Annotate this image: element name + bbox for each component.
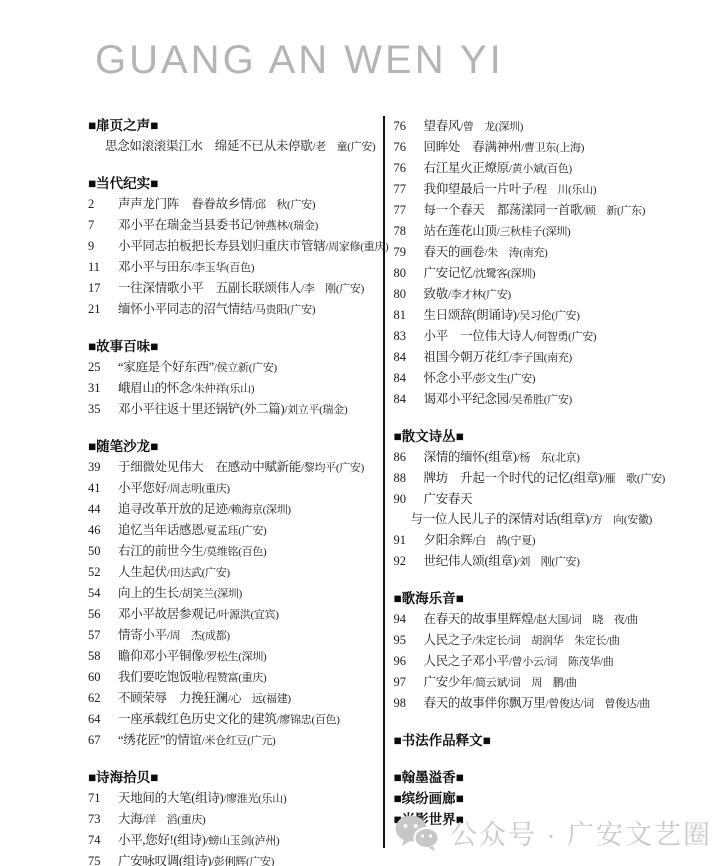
- section-header: ■歌海乐音■: [394, 589, 720, 609]
- section-header: ■缤纷画廊■: [394, 789, 720, 809]
- toc-entry: 95人民之子/朱定长/词 胡润华 朱定长/曲: [394, 630, 720, 651]
- toc-entry: 81生日颂辞(朗诵诗)/吴习伦(广安): [394, 305, 720, 326]
- entry-page-number: 7: [88, 215, 118, 236]
- toc-entry: 77我仰望最后一片叶子/程 川(乐山): [394, 179, 720, 200]
- toc-entry: 84怀念小平/彭文生(广安): [394, 368, 720, 389]
- magazine-toc-page: GUANG AN WEN YI ■扉页之声■思念如滚滚渠江水 绵延不已从未停歇/…: [0, 0, 720, 866]
- entry-text: 致敬/李才林(广安): [424, 284, 511, 305]
- entry-text: 站在莲花山顶/三秋桂子(深圳): [424, 221, 571, 242]
- toc-entry: 9小平同志拍板把长寿县划归重庆市管辖/周家修(重庆): [88, 236, 382, 257]
- entry-page-number: 11: [88, 257, 118, 278]
- entry-page-number: 74: [88, 830, 118, 851]
- toc-entry: 41小平您好/周志明(重庆): [88, 478, 382, 499]
- entry-text: 广安咏叹调(组诗)/彭俐辉(广安): [118, 851, 274, 866]
- entry-page-number: 90: [394, 489, 424, 509]
- toc-entry: 76右江星火正燎原/黄小斌(百色): [394, 158, 720, 179]
- toc-entry: 83小平 一位伟大诗人/何智勇(广安): [394, 326, 720, 347]
- toc-entry: 39于细微处见伟大 在感动中赋新能/黎均平(广安): [88, 457, 382, 478]
- entry-page-number: 77: [394, 179, 424, 200]
- entry-page-number: 62: [88, 688, 118, 709]
- entry-text: 一座承载红色历史文化的建筑/廖锦忠(百色): [118, 709, 340, 730]
- toc-entry: 73大海/洋 滔(重庆): [88, 809, 382, 830]
- table-of-contents: ■扉页之声■思念如滚滚渠江水 绵延不已从未停歇/老 童(广安)■当代纪实■2声声…: [88, 116, 720, 866]
- toc-entry: 31峨眉山的怀念/朱仲祥(乐山): [88, 378, 382, 399]
- toc-entry: 62不顾荣辱 力挽狂澜/心 远(福建): [88, 688, 382, 709]
- toc-entry: 7邓小平在瑞金当县委书记/钟燕林/(瑞金): [88, 215, 382, 236]
- entry-text: 春天的画卷/朱 涛(南充): [424, 242, 548, 263]
- toc-entry: 44追寻改革开放的足迹/赖海京(深圳): [88, 499, 382, 520]
- entry-page-number: [88, 136, 105, 157]
- entry-text: 邓小平在瑞金当县委书记/钟燕林/(瑞金): [118, 215, 318, 236]
- entry-text: 人民之子/朱定长/词 胡润华 朱定长/曲: [424, 630, 620, 651]
- toc-entry: 90广安春天: [394, 489, 720, 509]
- entry-text: 小平您好/周志明(重庆): [118, 478, 230, 499]
- entry-text: 怀念小平/彭文生(广安): [424, 368, 536, 389]
- toc-section: ■歌海乐音■94在春天的故事里辉煌/赵大国/词 晓 夜/曲95人民之子/朱定长/…: [394, 589, 720, 714]
- entry-text: 于细微处见伟大 在感动中赋新能/黎均平(广安): [118, 457, 364, 478]
- toc-section: ■翰墨溢香■: [394, 768, 720, 788]
- entry-text: 邓小平故居参观记/叶源洪(宜宾): [118, 604, 279, 625]
- entry-text: 右江的前世今生/莫维铭(百色): [118, 541, 266, 562]
- entry-page-number: 21: [88, 299, 118, 320]
- toc-entry: 25“家庭是个好东西”/侯立新(广安): [88, 357, 382, 378]
- toc-entry: 80致敬/李才林(广安): [394, 284, 720, 305]
- entry-text: 夕阳余辉/白 鸪(宁夏): [424, 530, 536, 551]
- entry-text: 缅怀小平同志的沼气情结/马贵阳(广安): [118, 299, 315, 320]
- section-header: ■散文诗丛■: [394, 427, 720, 447]
- toc-entry: 91夕阳余辉/白 鸪(宁夏): [394, 530, 720, 551]
- toc-entry: 86深情的缅怀(组章)/杨 东(北京): [394, 447, 720, 468]
- entry-text: 大海/洋 滔(重庆): [118, 809, 205, 830]
- entry-page-number: 39: [88, 457, 118, 478]
- entry-text: 牌坊 升起一个时代的记忆(组章)/雁 歌(广安): [424, 468, 666, 489]
- toc-entry: 94在春天的故事里辉煌/赵大国/词 晓 夜/曲: [394, 609, 720, 630]
- toc-entry: 98春天的故事伴你飘万里/曾俊达/词 曾俊达/曲: [394, 693, 720, 714]
- entry-page-number: 9: [88, 236, 118, 257]
- toc-entry: 57情寄小平/周 杰(成都): [88, 625, 382, 646]
- entry-text: 不顾荣辱 力挽狂澜/心 远(福建): [118, 688, 291, 709]
- toc-entry: 46追忆当年话感恩/夏孟珏(广安): [88, 520, 382, 541]
- entry-text: 追寻改革开放的足迹/赖海京(深圳): [118, 499, 291, 520]
- toc-entry: 88牌坊 升起一个时代的记忆(组章)/雁 歌(广安): [394, 468, 720, 489]
- entry-text: 峨眉山的怀念/朱仲祥(乐山): [118, 378, 254, 399]
- entry-page-number: 75: [88, 851, 118, 866]
- section-header: ■随笔沙龙■: [88, 437, 382, 457]
- entry-page-number: 92: [394, 551, 424, 572]
- entry-page-number: 56: [88, 604, 118, 625]
- entry-page-number: 46: [88, 520, 118, 541]
- toc-entry: 79春天的画卷/朱 涛(南充): [394, 242, 720, 263]
- toc-entry: 52人生起伏/田达武(广安): [88, 562, 382, 583]
- entry-page-number: 77: [394, 200, 424, 221]
- entry-page-number: 52: [88, 562, 118, 583]
- toc-entry: 71天地间的大笔(组诗)/廖淮光(乐山): [88, 788, 382, 809]
- entry-text: 天地间的大笔(组诗)/廖淮光(乐山): [118, 788, 286, 809]
- entry-page-number: 57: [88, 625, 118, 646]
- toc-section: ■随笔沙龙■39于细微处见伟大 在感动中赋新能/黎均平(广安)41小平您好/周志…: [88, 437, 382, 751]
- entry-page-number: 84: [394, 347, 424, 368]
- toc-entry: 58瞻仰邓小平铜像/罗松生(深圳): [88, 646, 382, 667]
- entry-text: 邓小平往返十里还锅铲(外二篇)/刘立平(瑞金): [118, 399, 347, 420]
- watermark: 公众号 · 广安文艺圈: [394, 813, 712, 852]
- toc-entry: 77每一个春天 都荡漾同一首歌/顾 新(广东): [394, 200, 720, 221]
- entry-text: 追忆当年话感恩/夏孟珏(广安): [118, 520, 266, 541]
- entry-page-number: [394, 509, 411, 530]
- entry-page-number: 71: [88, 788, 118, 809]
- entry-text: 右江星火正燎原/黄小斌(百色): [424, 158, 572, 179]
- entry-page-number: 91: [394, 530, 424, 551]
- entry-page-number: 84: [394, 389, 424, 410]
- entry-text: 深情的缅怀(组章)/杨 东(北京): [424, 447, 580, 468]
- entry-text: 向上的生长/胡笑兰(深圳): [118, 583, 242, 604]
- toc-entry: 35邓小平往返十里还锅铲(外二篇)/刘立平(瑞金): [88, 399, 382, 420]
- entry-page-number: 86: [394, 447, 424, 468]
- toc-entry: 84祖国今朝万花红/李子国(南充): [394, 347, 720, 368]
- entry-page-number: 96: [394, 651, 424, 672]
- entry-page-number: 67: [88, 730, 118, 751]
- entry-text: 谒邓小平纪念园/吴希胜(广安): [424, 389, 572, 410]
- entry-text: 情寄小平/周 杰(成都): [118, 625, 230, 646]
- entry-page-number: 83: [394, 326, 424, 347]
- entry-text: 广安春天: [424, 489, 473, 509]
- toc-entry: 78站在莲花山顶/三秋桂子(深圳): [394, 221, 720, 242]
- entry-page-number: 84: [394, 368, 424, 389]
- toc-section: ■书法作品释文■: [394, 731, 720, 751]
- toc-column-right: 76望春风/曾 龙(深圳)76回眸处 春满神州/曹卫东(上海)76右江星火正燎原…: [385, 116, 720, 830]
- entry-text: 一往深情歌小平 五副长联颂伟人/李 刚(广安): [118, 278, 364, 299]
- toc-entry: 80广安记忆/沈鹭客(深圳): [394, 263, 720, 284]
- entry-page-number: 2: [88, 194, 118, 215]
- entry-page-number: 50: [88, 541, 118, 562]
- entry-page-number: 79: [394, 242, 424, 263]
- toc-section: 76望春风/曾 龙(深圳)76回眸处 春满神州/曹卫东(上海)76右江星火正燎原…: [394, 116, 720, 410]
- entry-page-number: 97: [394, 672, 424, 693]
- toc-column-left: ■扉页之声■思念如滚滚渠江水 绵延不已从未停歇/老 童(广安)■当代纪实■2声声…: [88, 116, 382, 866]
- entry-text: 广安少年/简云斌/词 周 鹏/曲: [424, 672, 577, 693]
- entry-page-number: 60: [88, 667, 118, 688]
- entry-text: 瞻仰邓小平铜像/罗松生(深圳): [118, 646, 266, 667]
- entry-text: 我们要吃饱饭啦/程赞富(重庆): [118, 667, 266, 688]
- entry-page-number: 88: [394, 468, 424, 489]
- toc-entry: 17一往深情歌小平 五副长联颂伟人/李 刚(广安): [88, 278, 382, 299]
- toc-entry: 思念如滚滚渠江水 绵延不已从未停歇/老 童(广安): [88, 136, 382, 157]
- section-header: ■当代纪实■: [88, 174, 382, 194]
- entry-page-number: 98: [394, 693, 424, 714]
- entry-page-number: 58: [88, 646, 118, 667]
- entry-text: “绣花匠”的情谊/米仓红豆(广元): [118, 730, 275, 751]
- entry-page-number: 76: [394, 137, 424, 158]
- entry-text: 小平同志拍板把长寿县划归重庆市管辖/周家修(重庆): [118, 236, 388, 257]
- toc-section: ■缤纷画廊■: [394, 789, 720, 809]
- toc-entry: 与一位人民儿子的深情对话(组章)/方 向(安徽): [394, 509, 720, 530]
- entry-text: 生日颂辞(朗诵诗)/吴习伦(广安): [424, 305, 580, 326]
- toc-entry: 56邓小平故居参观记/叶源洪(宜宾): [88, 604, 382, 625]
- toc-entry: 60我们要吃饱饭啦/程赞富(重庆): [88, 667, 382, 688]
- entry-text: 祖国今朝万花红/李子国(南充): [424, 347, 572, 368]
- toc-section: ■散文诗丛■86深情的缅怀(组章)/杨 东(北京)88牌坊 升起一个时代的记忆(…: [394, 427, 720, 572]
- entry-text: 我仰望最后一片叶子/程 川(乐山): [424, 179, 597, 200]
- entry-page-number: 44: [88, 499, 118, 520]
- entry-page-number: 54: [88, 583, 118, 604]
- entry-page-number: 95: [394, 630, 424, 651]
- section-header: ■扉页之声■: [88, 116, 382, 136]
- entry-text: 人生起伏/田达武(广安): [118, 562, 230, 583]
- entry-page-number: 35: [88, 399, 118, 420]
- entry-text: 在春天的故事里辉煌/赵大国/词 晓 夜/曲: [424, 609, 638, 630]
- section-header: ■翰墨溢香■: [394, 768, 720, 788]
- section-header: ■诗海拾贝■: [88, 768, 382, 788]
- entry-text: 望春风/曾 龙(深圳): [424, 116, 524, 137]
- toc-entry: 54向上的生长/胡笑兰(深圳): [88, 583, 382, 604]
- entry-text: 世纪伟人颂(组章)/刘 刚(广安): [424, 551, 580, 572]
- entry-page-number: 81: [394, 305, 424, 326]
- toc-entry: 50右江的前世今生/莫维铭(百色): [88, 541, 382, 562]
- toc-section: ■扉页之声■思念如滚滚渠江水 绵延不已从未停歇/老 童(广安): [88, 116, 382, 157]
- entry-page-number: 94: [394, 609, 424, 630]
- toc-section: ■当代纪实■2声声龙门阵 眷眷故乡情/邱 秋(广安)7邓小平在瑞金当县委书记/钟…: [88, 174, 382, 320]
- entry-text: 广安记忆/沈鹭客(深圳): [424, 263, 536, 284]
- entry-page-number: 64: [88, 709, 118, 730]
- entry-page-number: 73: [88, 809, 118, 830]
- toc-section: ■诗海拾贝■71天地间的大笔(组诗)/廖淮光(乐山)73大海/洋 滔(重庆)74…: [88, 768, 382, 866]
- entry-text: 人民之子邓小平/曾小云/词 陈茂华/曲: [424, 651, 614, 672]
- masthead-title: GUANG AN WEN YI: [95, 38, 504, 83]
- toc-entry: 97广安少年/简云斌/词 周 鹏/曲: [394, 672, 720, 693]
- entry-page-number: 76: [394, 158, 424, 179]
- toc-entry: 76回眸处 春满神州/曹卫东(上海): [394, 137, 720, 158]
- entry-page-number: 41: [88, 478, 118, 499]
- entry-text: 声声龙门阵 眷眷故乡情/邱 秋(广安): [118, 194, 315, 215]
- toc-entry: 74小平,您好!(组诗)/螃山玉剑(泸州): [88, 830, 382, 851]
- entry-page-number: 78: [394, 221, 424, 242]
- entry-text: 小平,您好!(组诗)/螃山玉剑(泸州): [118, 830, 279, 851]
- entry-text: 回眸处 春满神州/曹卫东(上海): [424, 137, 585, 158]
- toc-section: ■故事百味■25“家庭是个好东西”/侯立新(广安)31峨眉山的怀念/朱仲祥(乐山…: [88, 337, 382, 420]
- toc-entry: 96人民之子邓小平/曾小云/词 陈茂华/曲: [394, 651, 720, 672]
- entry-text: 小平 一位伟大诗人/何智勇(广安): [424, 326, 597, 347]
- wechat-icon: [394, 814, 440, 852]
- entry-text: “家庭是个好东西”/侯立新(广安): [118, 357, 277, 378]
- entry-text: 邓小平与田东/李玉华(百色): [118, 257, 254, 278]
- toc-entry: 76望春风/曾 龙(深圳): [394, 116, 720, 137]
- toc-entry: 92世纪伟人颂(组章)/刘 刚(广安): [394, 551, 720, 572]
- entry-page-number: 76: [394, 116, 424, 137]
- entry-text: 每一个春天 都荡漾同一首歌/顾 新(广东): [424, 200, 646, 221]
- entry-text: 春天的故事伴你飘万里/曾俊达/词 曾俊达/曲: [424, 693, 651, 714]
- toc-entry: 2声声龙门阵 眷眷故乡情/邱 秋(广安): [88, 194, 382, 215]
- toc-entry: 75广安咏叹调(组诗)/彭俐辉(广安): [88, 851, 382, 866]
- toc-entry: 84谒邓小平纪念园/吴希胜(广安): [394, 389, 720, 410]
- toc-entry: 67“绣花匠”的情谊/米仓红豆(广元): [88, 730, 382, 751]
- entry-page-number: 80: [394, 284, 424, 305]
- watermark-text: 公众号 · 广安文艺圈: [450, 813, 712, 852]
- entry-text: 思念如滚滚渠江水 绵延不已从未停歇/老 童(广安): [105, 136, 375, 157]
- toc-entry: 64一座承载红色历史文化的建筑/廖锦忠(百色): [88, 709, 382, 730]
- section-header: ■书法作品释文■: [394, 731, 720, 751]
- section-header: ■故事百味■: [88, 337, 382, 357]
- toc-entry: 21缅怀小平同志的沼气情结/马贵阳(广安): [88, 299, 382, 320]
- toc-entry: 11邓小平与田东/李玉华(百色): [88, 257, 382, 278]
- entry-page-number: 17: [88, 278, 118, 299]
- entry-page-number: 25: [88, 357, 118, 378]
- entry-page-number: 31: [88, 378, 118, 399]
- entry-text: 与一位人民儿子的深情对话(组章)/方 向(安徽): [411, 509, 653, 530]
- entry-page-number: 80: [394, 263, 424, 284]
